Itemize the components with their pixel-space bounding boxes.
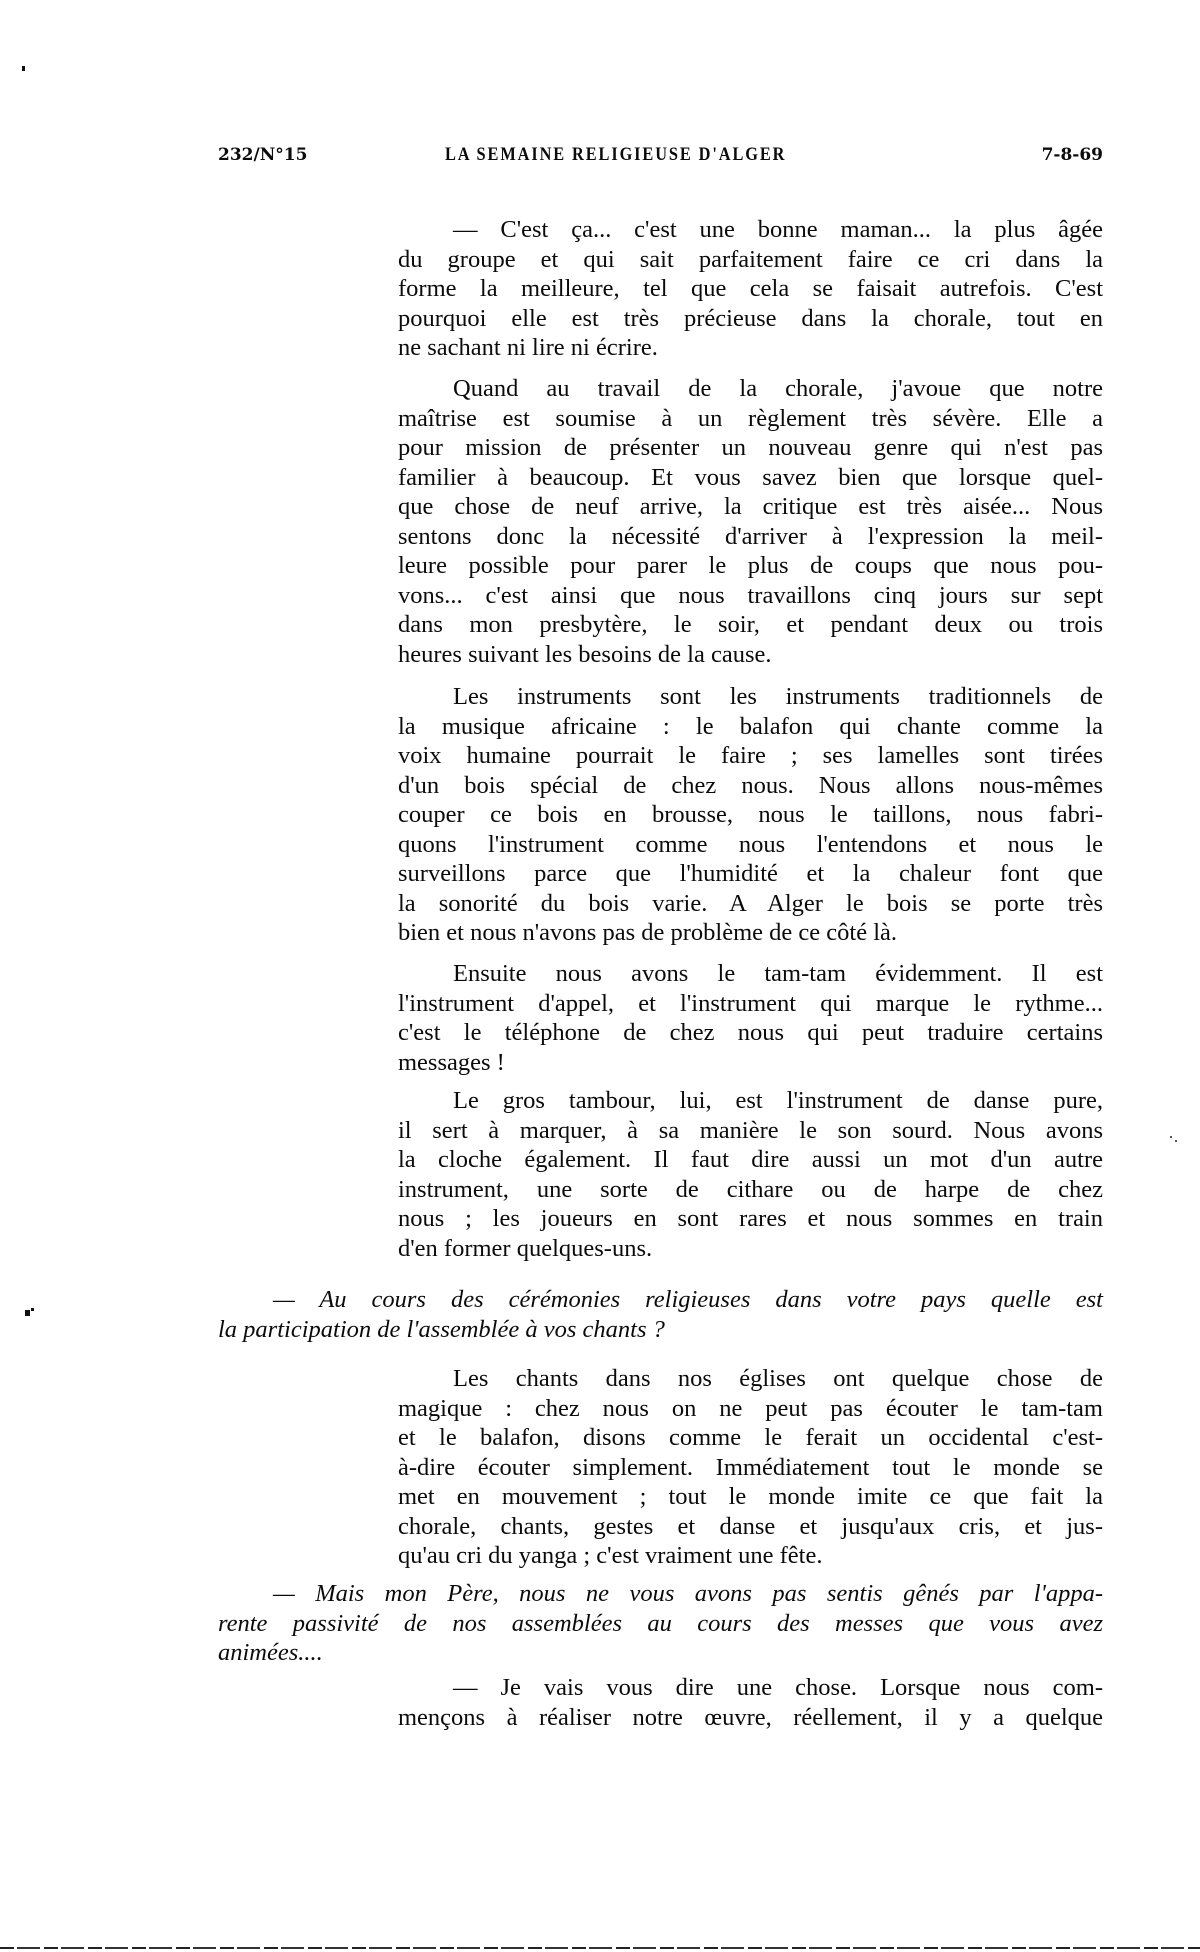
text-line: à-dire écouter simplement. Immédiatement… xyxy=(398,1453,1103,1483)
text-line: pour mission de présenter un nouveau gen… xyxy=(398,433,1103,463)
text-line: sentons donc la nécessité d'arriver à l'… xyxy=(398,522,1103,552)
text-line: dans mon presbytère, le soir, et pendant… xyxy=(398,610,1103,640)
paragraph-instruments: Les instruments sont les instruments tra… xyxy=(398,682,1103,948)
text-line: Ensuite nous avons le tam-tam évidemment… xyxy=(398,959,1103,989)
text-line: heures suivant les besoins de la cause. xyxy=(398,640,1103,670)
text-line: familier à beaucoup. Et vous savez bien … xyxy=(398,463,1103,493)
text-line: instrument, une sorte de cithare ou de h… xyxy=(398,1175,1103,1205)
paragraph-answer-final: — Je vais vous dire une chose. Lorsque n… xyxy=(398,1673,1103,1732)
text-line: messages ! xyxy=(398,1048,1103,1078)
text-line: du groupe et qui sait parfaitement faire… xyxy=(398,245,1103,275)
text-line: Quand au travail de la chorale, j'avoue … xyxy=(398,374,1103,404)
text-line: — C'est ça... c'est une bonne maman... l… xyxy=(398,215,1103,245)
scan-bottom-edge xyxy=(0,1947,1200,1949)
scan-speck xyxy=(31,1308,34,1311)
paragraph-tambour: Le gros tambour, lui, est l'instrument d… xyxy=(398,1086,1103,1263)
text-line: c'est le téléphone de chez nous qui peut… xyxy=(398,1018,1103,1048)
text-line: surveillons parce que l'humidité et la c… xyxy=(398,859,1103,889)
text-line: mençons à réaliser notre œuvre, réelleme… xyxy=(398,1703,1103,1733)
text-line: ne sachant ni lire ni écrire. xyxy=(398,333,1103,363)
interview-question-1: — Au cours des cérémonies religieuses da… xyxy=(218,1285,1103,1344)
text-line: nous ; les joueurs en sont rares et nous… xyxy=(398,1204,1103,1234)
scan-speck xyxy=(22,66,25,71)
scanned-page: 232/N°15 LA SEMAINE RELIGIEUSE D'ALGER 7… xyxy=(0,0,1200,1952)
paragraph-answer-1: — C'est ça... c'est une bonne maman... l… xyxy=(398,215,1103,363)
text-line: bien et nous n'avons pas de problème de … xyxy=(398,918,1103,948)
text-line: — Au cours des cérémonies religieuses da… xyxy=(218,1285,1103,1315)
paragraph-chorale-work: Quand au travail de la chorale, j'avoue … xyxy=(398,374,1103,669)
issue-date: 7-8-69 xyxy=(1042,143,1103,167)
text-line: — Je vais vous dire une chose. Lorsque n… xyxy=(398,1673,1103,1703)
scan-speck xyxy=(1175,1140,1177,1142)
publication-title: LA SEMAINE RELIGIEUSE D'ALGER xyxy=(445,143,786,167)
text-line: voix humaine pourrait le faire ; ses lam… xyxy=(398,741,1103,771)
scan-speck xyxy=(25,1310,30,1316)
text-line: la cloche également. Il faut dire aussi … xyxy=(398,1145,1103,1175)
text-line: qu'au cri du yanga ; c'est vraiment une … xyxy=(398,1541,1103,1571)
text-line: la musique africaine : le balafon qui ch… xyxy=(398,712,1103,742)
text-line: rente passivité de nos assemblées au cou… xyxy=(218,1609,1103,1639)
text-line: Les instruments sont les instruments tra… xyxy=(398,682,1103,712)
text-line: d'en former quelques-uns. xyxy=(398,1234,1103,1264)
text-line: Les chants dans nos églises ont quelque … xyxy=(398,1364,1103,1394)
page-number: 232/N°15 xyxy=(218,143,307,167)
text-line: la sonorité du bois varie. A Alger le bo… xyxy=(398,889,1103,919)
scan-speck xyxy=(1170,1136,1172,1138)
text-line: pourquoi elle est très précieuse dans la… xyxy=(398,304,1103,334)
text-line: maîtrise est soumise à un règlement très… xyxy=(398,404,1103,434)
paragraph-answer-chants: Les chants dans nos églises ont quelque … xyxy=(398,1364,1103,1571)
text-line: leure possible pour parer le plus de cou… xyxy=(398,551,1103,581)
text-line: la participation de l'assemblée à vos ch… xyxy=(218,1315,1103,1345)
text-line: animées.... xyxy=(218,1638,1103,1668)
text-line: — Mais mon Père, nous ne vous avons pas … xyxy=(218,1579,1103,1609)
text-line: Le gros tambour, lui, est l'instrument d… xyxy=(398,1086,1103,1116)
text-line: forme la meilleure, tel que cela se fais… xyxy=(398,274,1103,304)
text-line: couper ce bois en brousse, nous le taill… xyxy=(398,800,1103,830)
text-line: d'un bois spécial de chez nous. Nous all… xyxy=(398,771,1103,801)
text-line: et le balafon, disons comme le ferait un… xyxy=(398,1423,1103,1453)
text-line: que chose de neuf arrive, la critique es… xyxy=(398,492,1103,522)
paragraph-tam-tam: Ensuite nous avons le tam-tam évidemment… xyxy=(398,959,1103,1077)
text-line: quons l'instrument comme nous l'entendon… xyxy=(398,830,1103,860)
text-line: il sert à marquer, à sa manière le son s… xyxy=(398,1116,1103,1146)
text-line: l'instrument d'appel, et l'instrument qu… xyxy=(398,989,1103,1019)
text-line: met en mouvement ; tout le monde imite c… xyxy=(398,1482,1103,1512)
text-line: chorale, chants, gestes et danse et jusq… xyxy=(398,1512,1103,1542)
text-line: magique : chez nous on ne peut pas écout… xyxy=(398,1394,1103,1424)
text-line: vons... c'est ainsi que nous travaillons… xyxy=(398,581,1103,611)
interview-question-2: — Mais mon Père, nous ne vous avons pas … xyxy=(218,1579,1103,1668)
